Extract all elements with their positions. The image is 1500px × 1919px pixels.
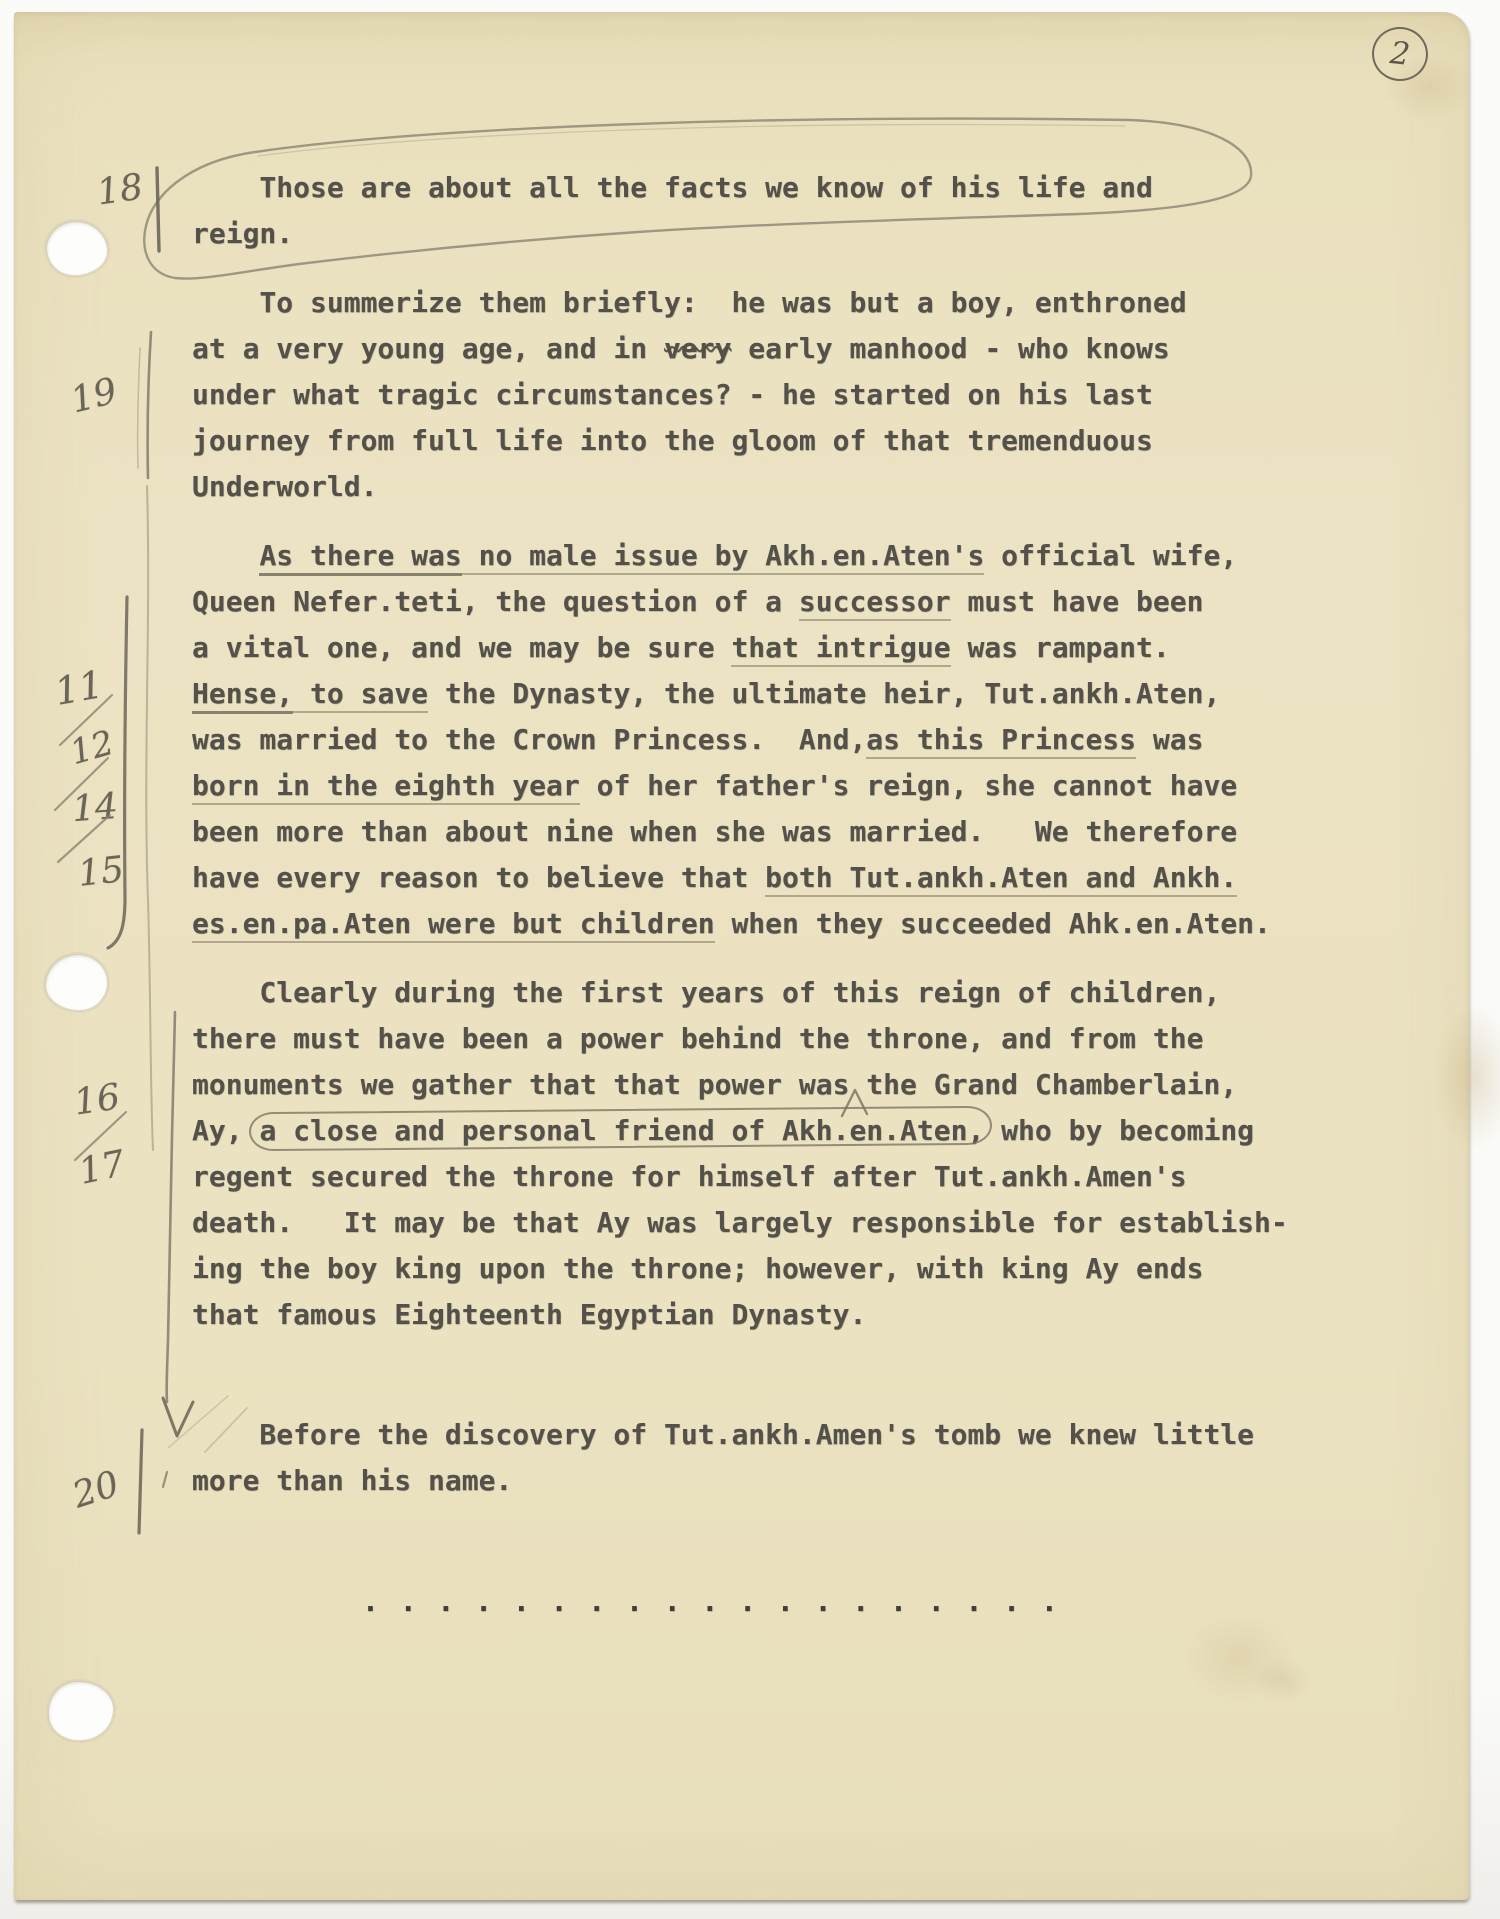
text-segment: a close and personal friend of Akh.en.At…	[259, 1114, 984, 1147]
text-segment: Ay,	[192, 1114, 259, 1147]
text-segment: was married to the Crown Princess. And,	[192, 723, 866, 756]
text-line: ing the boy king upon the throne; howeve…	[192, 1246, 1382, 1292]
text-segment: monuments we gather that that power was …	[192, 1068, 1237, 1101]
text-segment: was	[1136, 723, 1203, 756]
margin-note-15: 15	[76, 849, 126, 895]
text-segment: no male issue by Akh.en.Aten's	[462, 539, 985, 575]
text-segment: Before the discovery of Tut.ankh.Amen's …	[192, 1418, 1254, 1451]
text-segment: a vital one, and we may be sure	[192, 631, 731, 664]
text-line: more than his name.	[192, 1458, 1382, 1504]
text-segment: ing the boy king upon the throne; howeve…	[192, 1252, 1203, 1285]
text-segment: Queen Nefer.teti, the question of a	[192, 585, 799, 618]
text-segment: have every reason to believe that	[192, 861, 765, 894]
text-segment: when they succeeded Ahk.en.Aten.	[715, 907, 1271, 940]
text-line: been more than about nine when she was m…	[192, 809, 1382, 855]
text-line: there must have been a power behind the …	[192, 1016, 1382, 1062]
text-line: was married to the Crown Princess. And,a…	[192, 717, 1382, 763]
text-line: monuments we gather that that power was …	[192, 1062, 1382, 1108]
text-segment: death. It may be that Ay was largely res…	[192, 1206, 1288, 1239]
text-line: that famous Eighteenth Egyptian Dynasty.	[192, 1292, 1382, 1338]
paper-stain	[1434, 1002, 1500, 1152]
text-segment: who by becoming	[984, 1114, 1254, 1147]
margin-note-11: 11	[51, 662, 106, 714]
text-line: Before the discovery of Tut.ankh.Amen's …	[192, 1412, 1382, 1458]
text-segment: at a very young age, and in	[192, 332, 664, 365]
text-segment: regent secured the throne for himself af…	[192, 1160, 1187, 1193]
text-segment: official wife,	[984, 539, 1237, 572]
margin-note-18: 18	[94, 167, 145, 214]
text-segment: that famous Eighteenth Egyptian Dynasty.	[192, 1298, 866, 1331]
text-segment: Clearly during the first years of this r…	[192, 976, 1220, 1009]
text-line: death. It may be that Ay was largely res…	[192, 1200, 1382, 1246]
text-segment: was rampant.	[951, 631, 1170, 664]
text-line: journey from full life into the gloom of…	[192, 418, 1382, 464]
text-segment: the Dynasty, the ultimate heir, Tut.ankh…	[428, 677, 1220, 710]
text-segment: more than his name.	[192, 1464, 512, 1497]
text-line: under what tragic circumstances? - he st…	[192, 372, 1382, 418]
text-segment: es.en.pa.Aten were but children	[192, 907, 715, 943]
text-line: a vital one, and we may be sure that int…	[192, 625, 1382, 671]
typewritten-text: Those are about all the facts we know of…	[192, 165, 1382, 1527]
text-segment	[192, 539, 259, 572]
text-segment: As there was	[259, 539, 461, 576]
text-segment: early manhood - who knows	[731, 332, 1169, 365]
text-segment: there must have been a power behind the …	[192, 1022, 1203, 1055]
text-line: Hense, to save the Dynasty, the ultimate…	[192, 671, 1382, 717]
paragraph-2: To summerize them briefly: he was but a …	[192, 280, 1382, 510]
margin-note-16: 16	[71, 1077, 122, 1124]
text-segment: of her father's reign, she cannot have	[580, 769, 1237, 802]
text-segment: journey from full life into the gloom of…	[192, 424, 1153, 457]
text-line: Clearly during the first years of this r…	[192, 970, 1382, 1016]
text-line: reign.	[192, 211, 1382, 257]
text-line: at a very young age, and in very early m…	[192, 326, 1382, 372]
text-line: regent secured the throne for himself af…	[192, 1154, 1382, 1200]
text-line: Those are about all the facts we know of…	[192, 165, 1382, 211]
text-segment: been more than about nine when she was m…	[192, 815, 1237, 848]
paragraph-1: Those are about all the facts we know of…	[192, 165, 1382, 257]
text-segment: Hense,	[192, 677, 293, 714]
text-line: es.en.pa.Aten were but children when the…	[192, 901, 1382, 947]
text-segment: very	[664, 332, 731, 365]
text-line: have every reason to believe that both T…	[192, 855, 1382, 901]
paragraph-5: Before the discovery of Tut.ankh.Amen's …	[192, 1412, 1382, 1504]
text-segment: under what tragic circumstances? - he st…	[192, 378, 1153, 411]
text-line: Ay, a close and personal friend of Akh.e…	[192, 1108, 1382, 1154]
text-line: Queen Nefer.teti, the question of a succ…	[192, 579, 1382, 625]
text-line: born in the eighth year of her father's …	[192, 763, 1382, 809]
text-line: As there was no male issue by Akh.en.Ate…	[192, 533, 1382, 579]
paragraph-4: Clearly during the first years of this r…	[192, 970, 1382, 1338]
text-segment: To summerize them briefly: he was but a …	[192, 286, 1187, 319]
text-segment: born in the eighth year	[192, 769, 580, 805]
margin-note-14: 14	[71, 786, 120, 830]
text-segment: must have been	[951, 585, 1204, 618]
paper-stain	[1252, 1657, 1312, 1703]
text-segment: reign.	[192, 217, 293, 250]
paragraph-3: As there was no male issue by Akh.en.Ate…	[192, 533, 1382, 947]
paper-stain	[1184, 1612, 1294, 1702]
text-segment: that intrigue	[731, 631, 950, 667]
text-segment: successor	[799, 585, 951, 621]
dotted-separator: . . . . . . . . . . . . . . . . . . .	[362, 1585, 1060, 1631]
text-segment: as this Princess	[866, 723, 1136, 759]
text-line: Underworld.	[192, 464, 1382, 510]
text-line: To summerize them briefly: he was but a …	[192, 280, 1382, 326]
text-segment: Those are about all the facts we know of…	[192, 171, 1153, 204]
text-segment: both Tut.ankh.Aten and Ankh.	[765, 861, 1237, 897]
text-segment: to save	[293, 677, 428, 713]
scanned-document: { "page": { "number": "2" }, "document":…	[0, 0, 1500, 1919]
text-segment: Underworld.	[192, 470, 377, 503]
page-number: 2	[1388, 35, 1411, 73]
